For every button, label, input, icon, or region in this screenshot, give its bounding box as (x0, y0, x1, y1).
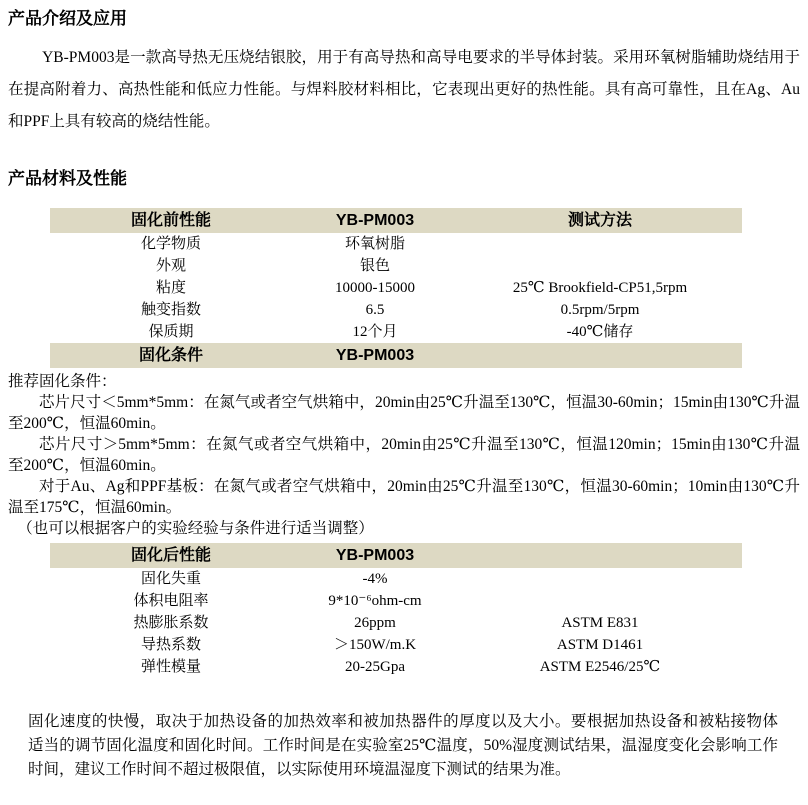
method-cell: 0.5rpm/5rpm (458, 299, 742, 321)
table-row: 导热系数 ＞150W/m.K ASTM D1461 (50, 634, 742, 656)
column-header-property: 固化条件 (50, 343, 292, 368)
post-cure-header-row: 固化后性能 YB-PM003 (50, 543, 742, 568)
datasheet-document: 产品介绍及应用 YB-PM003是一款高导热无压烧结银胶，用于有高导热和高导电要… (0, 0, 808, 782)
column-header-empty (458, 343, 742, 368)
table-row: 弹性模量 20-25Gpa ASTM E2546/25℃ (50, 656, 742, 678)
method-cell (458, 255, 742, 277)
method-cell: -40℃储存 (458, 321, 742, 343)
property-cell: 触变指数 (50, 299, 292, 321)
column-header-product: YB-PM003 (292, 543, 458, 568)
table-row: 外观 银色 (50, 255, 742, 277)
cure-condition-paragraph: 芯片尺寸＞5mm*5mm：在氮气或者空气烘箱中，20min由25℃升温至130℃… (8, 434, 800, 476)
method-cell: ASTM E831 (458, 612, 742, 634)
property-cell: 体积电阻率 (50, 590, 292, 612)
table-row: 热膨胀系数 26ppm ASTM E831 (50, 612, 742, 634)
intro-paragraph: YB-PM003是一款高导热无压烧结银胶，用于有高导热和高导电要求的半导体封装。… (8, 42, 800, 138)
column-header-product: YB-PM003 (292, 208, 458, 233)
property-cell: 固化失重 (50, 568, 292, 590)
table-row: 化学物质 环氧树脂 (50, 233, 742, 255)
property-cell: 弹性模量 (50, 656, 292, 678)
method-cell: ASTM D1461 (458, 634, 742, 656)
value-cell: 环氧树脂 (292, 233, 458, 255)
column-header-property: 固化后性能 (50, 543, 292, 568)
cure-conditions-intro: 推荐固化条件： (8, 371, 800, 392)
property-cell: 外观 (50, 255, 292, 277)
pre-cure-properties-table: 固化前性能 YB-PM003 测试方法 化学物质 环氧树脂 外观 银色 粘度 1… (50, 208, 742, 368)
footer-note-paragraph: 固化速度的快慢，取决于加热设备的加热效率和被加热器件的厚度以及大小。要根据加热设… (28, 710, 778, 782)
value-cell: 12个月 (292, 321, 458, 343)
method-cell: ASTM E2546/25℃ (458, 656, 742, 678)
method-cell (458, 590, 742, 612)
value-cell: 9*10⁻⁶ohm-cm (292, 590, 458, 612)
cure-condition-paragraph: 对于Au、Ag和PPF基板：在氮气或者空气烘箱中，20min由25℃升温至130… (8, 476, 800, 518)
materials-heading: 产品材料及性能 (0, 168, 808, 190)
cure-conditions-text: 推荐固化条件： 芯片尺寸＜5mm*5mm：在氮气或者空气烘箱中，20min由25… (8, 371, 800, 539)
table-row: 固化失重 -4% (50, 568, 742, 590)
property-cell: 化学物质 (50, 233, 292, 255)
table-row: 保质期 12个月 -40℃储存 (50, 321, 742, 343)
property-cell: 保质期 (50, 321, 292, 343)
column-header-product: YB-PM003 (292, 343, 458, 368)
method-cell (458, 568, 742, 590)
cure-conditions-header-row: 固化条件 YB-PM003 (50, 343, 742, 368)
value-cell: -4% (292, 568, 458, 590)
table-row: 体积电阻率 9*10⁻⁶ohm-cm (50, 590, 742, 612)
value-cell: 26ppm (292, 612, 458, 634)
table-row: 粘度 10000-15000 25℃ Brookfield-CP51,5rpm (50, 277, 742, 299)
column-header-property: 固化前性能 (50, 208, 292, 233)
property-cell: 热膨胀系数 (50, 612, 292, 634)
table-row: 触变指数 6.5 0.5rpm/5rpm (50, 299, 742, 321)
method-cell (458, 233, 742, 255)
value-cell: 20-25Gpa (292, 656, 458, 678)
pre-cure-header-row: 固化前性能 YB-PM003 测试方法 (50, 208, 742, 233)
value-cell: 银色 (292, 255, 458, 277)
column-header-empty (458, 543, 742, 568)
cure-condition-note: （也可以根据客户的实验经验与条件进行适当调整） (8, 518, 800, 539)
property-cell: 导热系数 (50, 634, 292, 656)
property-cell: 粘度 (50, 277, 292, 299)
method-cell: 25℃ Brookfield-CP51,5rpm (458, 277, 742, 299)
column-header-test-method: 测试方法 (458, 208, 742, 233)
cure-condition-paragraph: 芯片尺寸＜5mm*5mm：在氮气或者空气烘箱中，20min由25℃升温至130℃… (8, 392, 800, 434)
value-cell: ＞150W/m.K (292, 634, 458, 656)
post-cure-properties-table: 固化后性能 YB-PM003 固化失重 -4% 体积电阻率 9*10⁻⁶ohm-… (50, 543, 742, 678)
value-cell: 6.5 (292, 299, 458, 321)
value-cell: 10000-15000 (292, 277, 458, 299)
intro-heading: 产品介绍及应用 (0, 0, 808, 30)
